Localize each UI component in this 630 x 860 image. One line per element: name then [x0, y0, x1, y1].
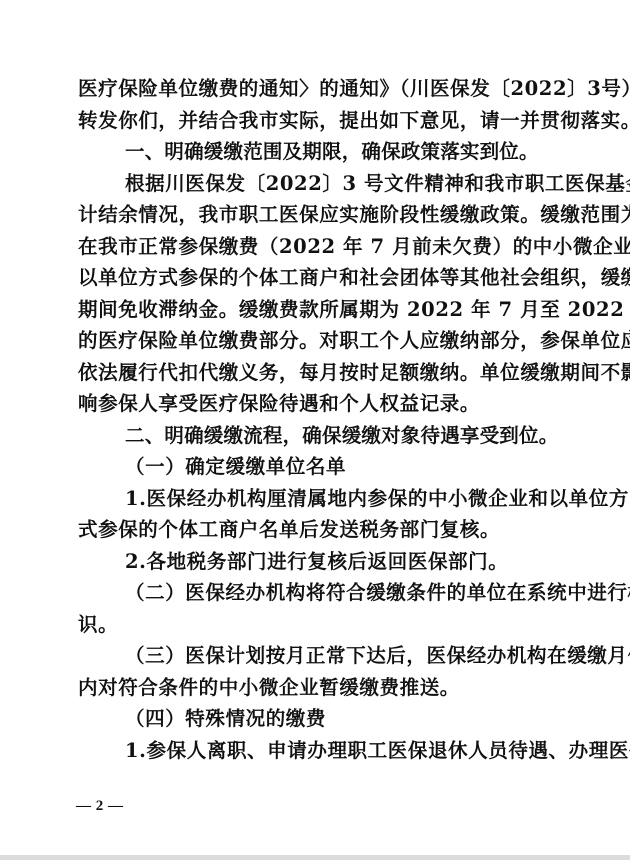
subsection-heading-4: （四）特殊情况的缴费	[78, 703, 552, 735]
paragraph-line: 以单位方式参保的个体工商户和社会团体等其他社会组织，缓缴	[78, 262, 552, 294]
text-line-intro-1: 医疗保险单位缴费的通知〉的通知》（川医保发〔2022〕3号）	[78, 73, 552, 105]
page-number: — 2 —	[76, 798, 124, 815]
viewer-bottom-edge	[0, 855, 630, 860]
subsection-heading-2-continued: 识。	[78, 609, 552, 641]
paragraph-line: 根据川医保发〔2022〕3 号文件精神和我市职工医保基金累	[78, 168, 552, 200]
list-item-special-1: 1.参保人离职、申请办理职工医保退休人员待遇、办理医保	[78, 735, 552, 767]
paragraph-line: 响参保人享受医疗保险待遇和个人权益记录。	[78, 388, 552, 420]
subsection-heading-2: （二）医保经办机构将符合缓缴条件的单位在系统中进行标	[78, 577, 552, 609]
paragraph-line: 在我市正常参保缴费（2022 年 7 月前未欠费）的中小微企业、	[78, 231, 552, 263]
section-heading-1: 一、明确缓缴范围及期限，确保政策落实到位。	[78, 136, 552, 168]
subsection-heading-3: （三）医保计划按月正常下达后，医保经办机构在缓缴月份	[78, 640, 552, 672]
subsection-heading-3-continued: 内对符合条件的中小微企业暂缓缴费推送。	[78, 672, 552, 704]
document-page: 医疗保险单位缴费的通知〉的通知》（川医保发〔2022〕3号） 转发你们，并结合我…	[0, 0, 630, 855]
section-heading-2: 二、明确缓缴流程，确保缓缴对象待遇享受到位。	[78, 420, 552, 452]
document-body: 医疗保险单位缴费的通知〉的通知》（川医保发〔2022〕3号） 转发你们，并结合我…	[78, 73, 552, 766]
paragraph-line: 计结余情况，我市职工医保应实施阶段性缓缴政策。缓缴范围为	[78, 199, 552, 231]
paragraph-line: 依法履行代扣代缴义务，每月按时足额缴纳。单位缓缴期间不影	[78, 357, 552, 389]
list-item-1: 1.医保经办机构厘清属地内参保的中小微企业和以单位方	[78, 483, 552, 515]
subsection-heading-1: （一）确定缓缴单位名单	[78, 451, 552, 483]
list-item-1-continued: 式参保的个体工商户名单后发送税务部门复核。	[78, 514, 552, 546]
text-line-intro-2: 转发你们，并结合我市实际，提出如下意见，请一并贯彻落实。	[78, 105, 552, 137]
paragraph-line: 的医疗保险单位缴费部分。对职工个人应缴纳部分，参保单位应	[78, 325, 552, 357]
list-item-2: 2.各地税务部门进行复核后返回医保部门。	[78, 546, 552, 578]
paragraph-line: 期间免收滞纳金。缓缴费款所属期为 2022 年 7 月至 2022 年 9 月	[78, 294, 552, 326]
